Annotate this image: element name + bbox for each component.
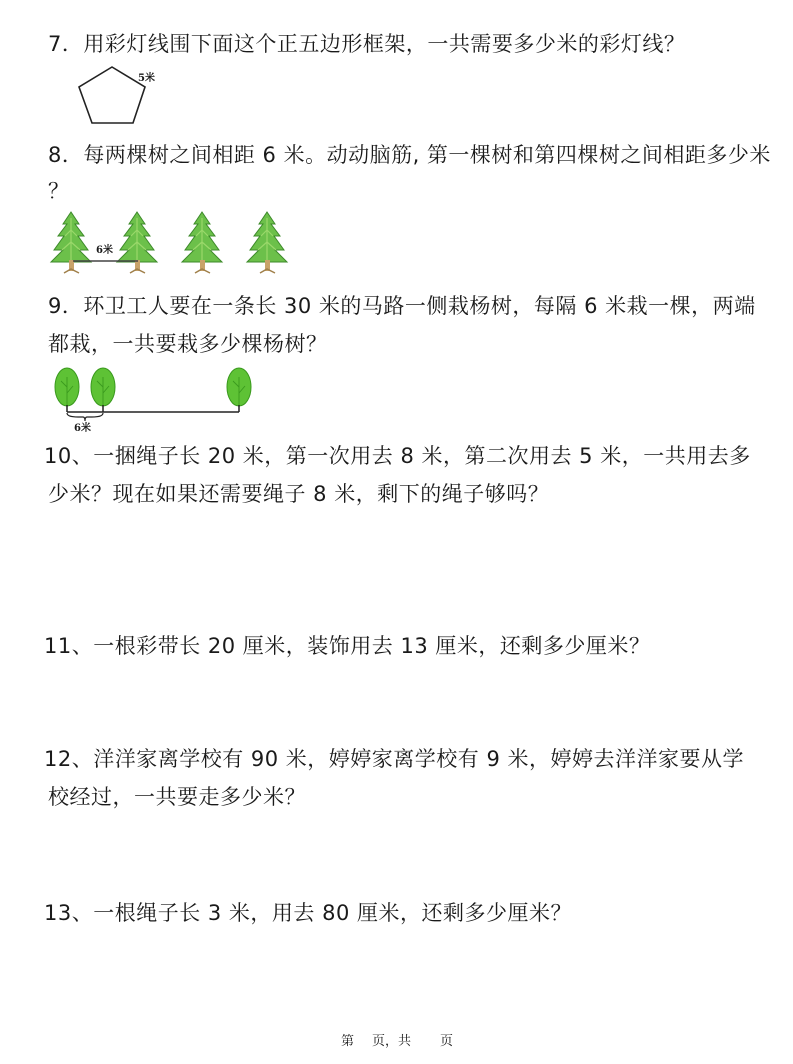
pentagon-figure: 5米 [76,66,166,130]
footer-page-suffix: 页 [440,1033,453,1051]
round-tree-gap-label: 6米 [74,424,91,434]
round-tree-icon [227,368,251,412]
footer-page-mid: 页，共 [372,1033,411,1051]
question-9-text-line1: 9．环卫工人要在一条长 30 米的马路一侧栽杨树，每隔 6 米栽一棵，两端 [48,292,756,320]
question-9-text-line2: 都栽，一共要栽多少棵杨树？ [48,330,328,358]
question-10-text-line1: 10、一捆绳子长 20 米，第一次用去 8 米，第二次用去 5 米，一共用去多 [44,442,751,470]
pine-tree-icon [182,212,222,273]
question-12-text-line1: 12、洋洋家离学校有 90 米，婷婷家离学校有 9 米，婷婷去洋洋家要从学 [44,745,744,773]
question-8-text-line1: 8．每两棵树之间相距 6 米。动动脑筋, 第一棵树和第四棵树之间相距多少米 [48,141,771,169]
question-12-text-line2: 校经过，一共要走多少米？ [48,783,306,811]
footer-page-prefix: 第 [341,1033,354,1051]
pentagon-side-label: 5米 [138,74,155,84]
round-tree-icon [91,368,115,412]
pine-trees-illustration [48,210,298,274]
pine-tree-icon [117,212,157,273]
pine-tree-icon [247,212,287,273]
question-7-text: 7．用彩灯线围下面这个正五边形框架，一共需要多少米的彩灯线？ [48,30,685,58]
pine-tree-icon [51,212,91,273]
question-8-text-line2: ？ [48,177,70,205]
pine-gap-label: 6米 [96,246,113,256]
pine-trees-figure: 6米 [48,210,298,274]
round-trees-figure: 6米 [50,366,260,436]
question-11-text: 11、一根彩带长 20 厘米，装饰用去 13 厘米，还剩多少厘米？ [44,632,650,660]
question-10-text-line2: 少米？现在如果还需要绳子 8 米，剩下的绳子够吗？ [48,480,549,508]
question-13-text: 13、一根绳子长 3 米，用去 80 厘米，还剩多少厘米？ [44,899,572,927]
round-tree-icon [55,368,79,412]
